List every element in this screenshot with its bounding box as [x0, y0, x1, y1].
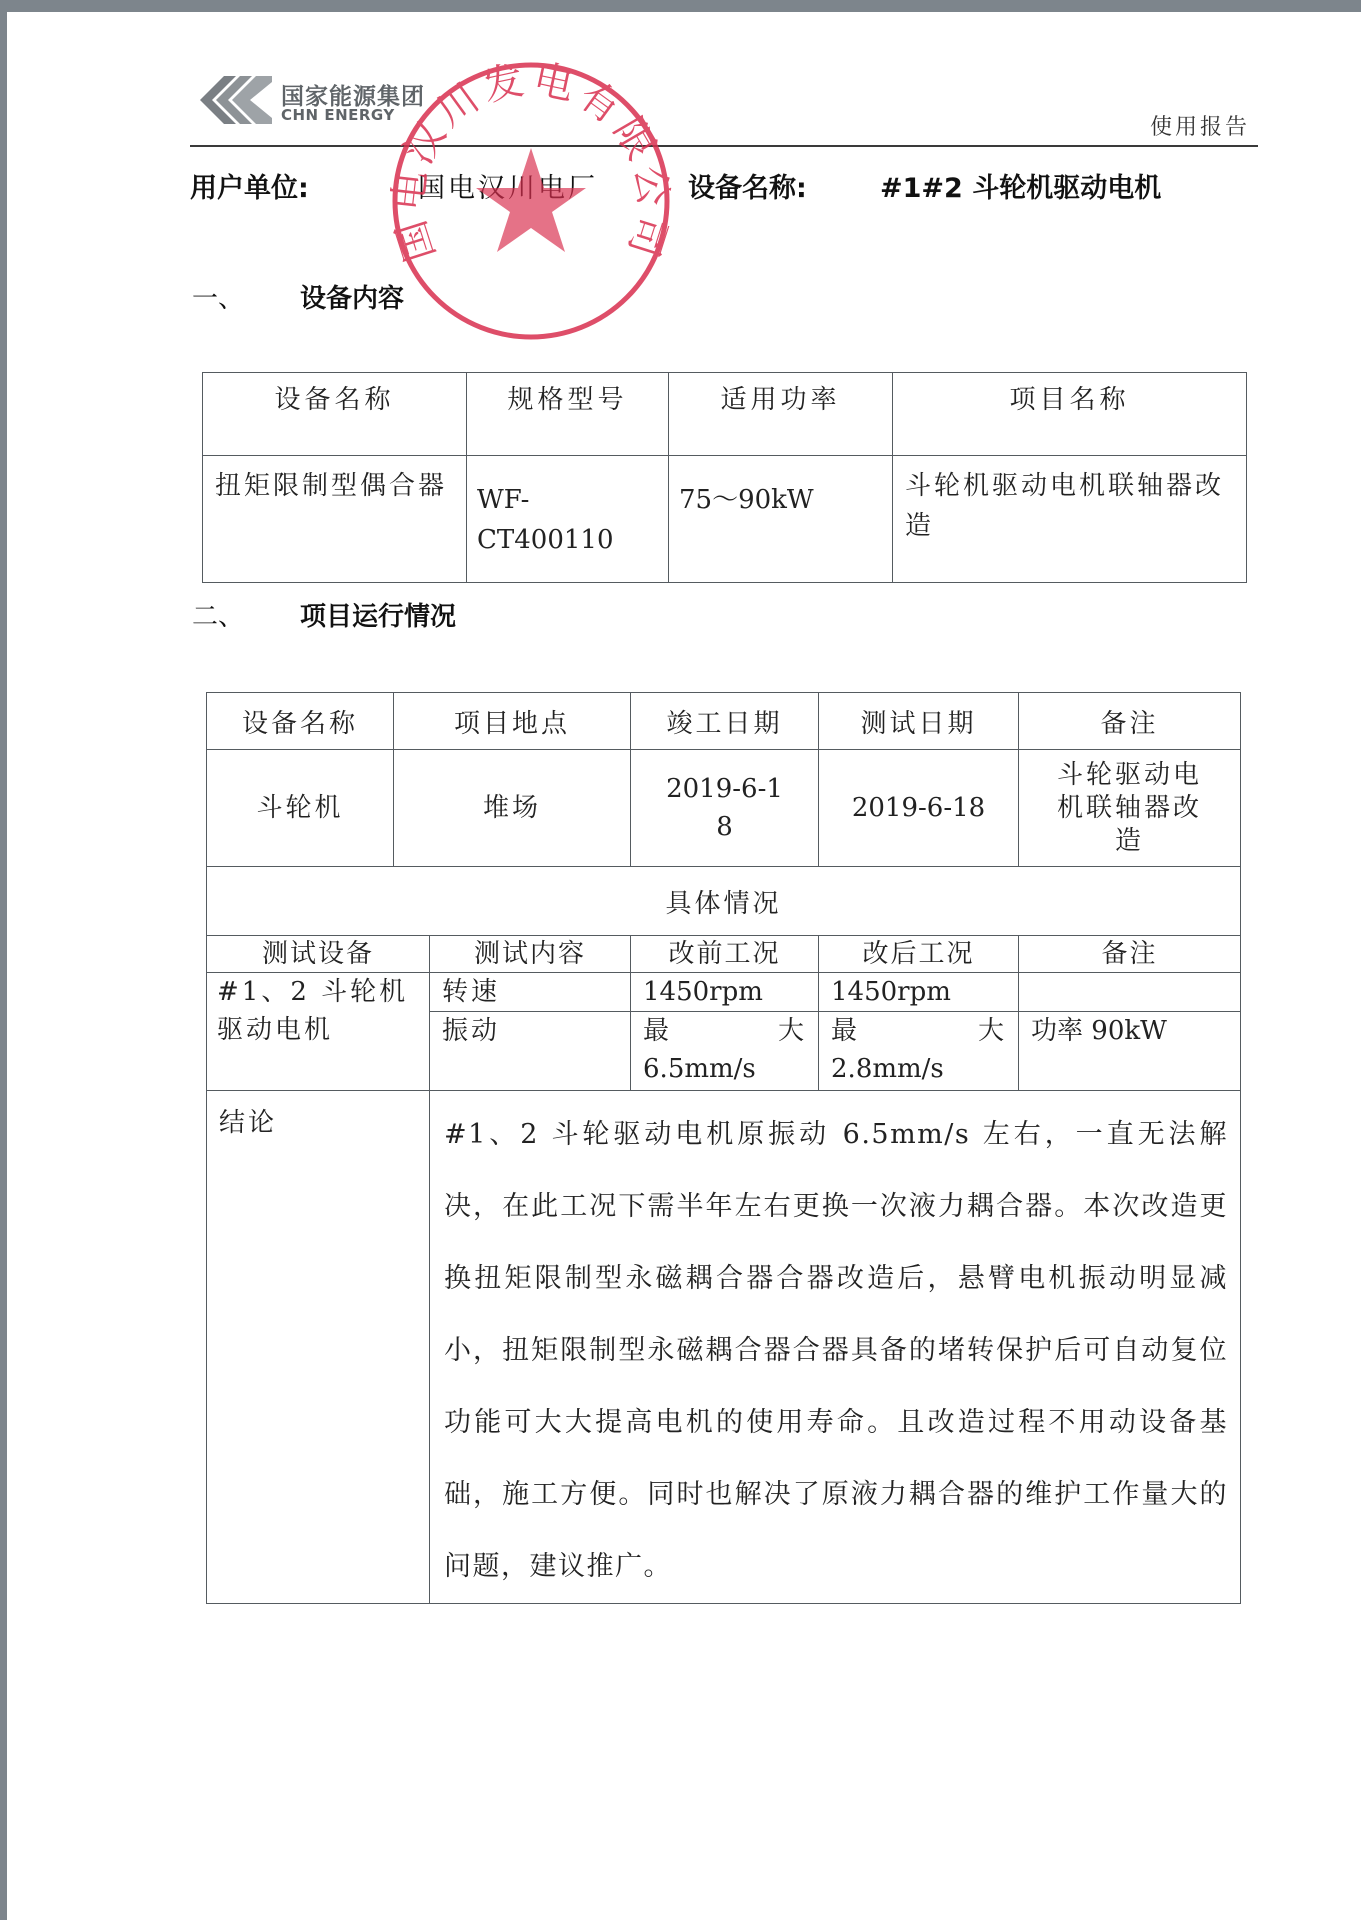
section2-heading: 二、项目运行情况	[192, 596, 456, 633]
header-cell: 测试内容	[430, 936, 631, 973]
header-cell: 适用功率	[669, 373, 893, 456]
completion-date-line: 8	[631, 808, 818, 846]
table-header-row: 设备名称 规格型号 适用功率 项目名称	[203, 373, 1247, 456]
header-cell: 设备名称	[207, 693, 394, 750]
before-value-cell: 1450rpm	[631, 973, 819, 1012]
test-content-cell: 振动	[430, 1012, 631, 1091]
after-prefix: 最	[831, 1012, 857, 1050]
table-header-row: 设备名称 项目地点 竣工日期 测试日期 备注	[207, 693, 1241, 750]
remark-cell	[1019, 973, 1241, 1012]
test-device-line: 驱动电机	[217, 1011, 429, 1049]
section2-title: 项目运行情况	[300, 602, 456, 632]
header-cell: 设备名称	[203, 373, 467, 456]
test-content-cell: 转速	[430, 973, 631, 1012]
before-value: 6.5mm/s	[643, 1050, 818, 1088]
test-header-row: 测试设备 测试内容 改前工况 改后工况 备注	[207, 936, 1241, 973]
after-prefix: 大	[978, 1012, 1004, 1050]
logo-english-name: CHN ENERGY	[281, 106, 395, 124]
remark-line: 机联轴器改	[1019, 792, 1240, 825]
remark-cell: 斗轮驱动电 机联轴器改 造	[1019, 750, 1241, 867]
header-cell: 规格型号	[467, 373, 669, 456]
test-device-line: #1、2 斗轮机	[217, 973, 429, 1011]
user-unit-value: 国电汉川电厂	[418, 166, 598, 205]
header-cell: 竣工日期	[631, 693, 819, 750]
device-name-label: 设备名称:	[688, 166, 807, 205]
equipment-content-table: 设备名称 规格型号 适用功率 项目名称 扭矩限制型偶合器 WF-CT400110…	[202, 372, 1247, 583]
power-cell: 75～90kW	[669, 456, 892, 520]
table-row: 斗轮机 堆场 2019-6-1 8 2019-6-18 斗轮驱动电 机联轴器改 …	[207, 750, 1241, 867]
before-prefix: 最	[643, 1012, 669, 1050]
section2-number: 二、	[192, 602, 244, 632]
remark-line: 造	[1019, 825, 1240, 858]
before-value-cell: 最大 6.5mm/s	[631, 1012, 819, 1091]
equipment-name-cell: 扭矩限制型偶合器	[203, 456, 466, 506]
test-device-cell: #1、2 斗轮机 驱动电机	[207, 973, 430, 1091]
project-operation-table: 设备名称 项目地点 竣工日期 测试日期 备注 斗轮机 堆场 2019-6-1 8…	[206, 692, 1241, 1604]
header-cell: 改前工况	[631, 936, 819, 973]
header-cell: 改后工况	[819, 936, 1019, 973]
header-cell: 项目地点	[394, 693, 631, 750]
chn-energy-logo-icon	[200, 72, 272, 128]
conclusion-row: 结论 #1、2 斗轮驱动电机原振动 6.5mm/s 左右，一直无法解决，在此工况…	[207, 1091, 1241, 1604]
project-name-cell: 斗轮机驱动电机联轴器改造	[893, 456, 1246, 546]
test-date-cell: 2019-6-18	[819, 750, 1019, 867]
device-name-value: #1#2 斗轮机驱动电机	[880, 166, 1161, 205]
header-cell: 测试设备	[207, 936, 430, 973]
details-title: 具体情况	[207, 867, 1241, 936]
table-row: 扭矩限制型偶合器 WF-CT400110 75～90kW 斗轮机驱动电机联轴器改…	[203, 456, 1247, 583]
section1-number: 一、	[192, 284, 244, 314]
header-cell: 备注	[1019, 936, 1241, 973]
header-divider	[190, 145, 1258, 147]
header-cell: 备注	[1019, 693, 1241, 750]
remark-cell: 功率 90kW	[1019, 1012, 1241, 1091]
conclusion-label: 结论	[207, 1091, 429, 1143]
user-unit-label: 用户单位:	[190, 166, 309, 205]
section1-title: 设备内容	[300, 284, 404, 314]
remark-line: 斗轮驱动电	[1019, 759, 1240, 792]
after-value-cell: 1450rpm	[819, 973, 1019, 1012]
header-cell: 项目名称	[893, 373, 1247, 456]
after-value: 2.8mm/s	[831, 1050, 1018, 1088]
header-cell: 测试日期	[819, 693, 1019, 750]
section1-heading: 一、设备内容	[192, 278, 404, 315]
completion-date-line: 2019-6-1	[631, 770, 818, 808]
completion-date-cell: 2019-6-1 8	[631, 750, 819, 867]
after-value-cell: 最大 2.8mm/s	[819, 1012, 1019, 1091]
location-cell: 堆场	[394, 750, 631, 867]
conclusion-text: #1、2 斗轮驱动电机原振动 6.5mm/s 左右，一直无法解决，在此工况下需半…	[430, 1091, 1240, 1603]
equipment-cell: 斗轮机	[207, 750, 394, 867]
report-type-label: 使用报告	[1150, 110, 1250, 141]
test-row-speed: #1、2 斗轮机 驱动电机 转速 1450rpm 1450rpm	[207, 973, 1241, 1012]
before-prefix: 大	[778, 1012, 804, 1050]
details-title-row: 具体情况	[207, 867, 1241, 936]
model-cell: WF-CT400110	[467, 456, 668, 560]
